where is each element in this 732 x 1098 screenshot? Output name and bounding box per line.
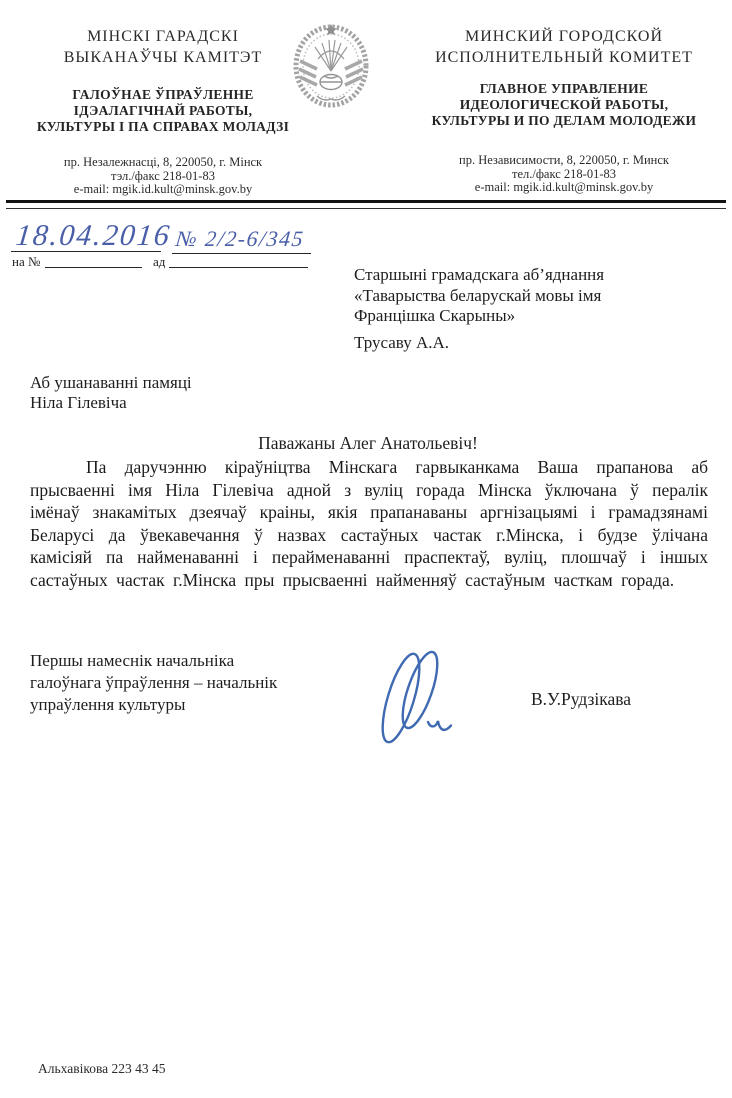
recipient-line: Старшыні грамадскага аб’яднання <box>354 265 694 286</box>
date-blank-line <box>11 251 161 252</box>
phone-line: тэл./факс 218-01-83 <box>22 170 304 184</box>
address-line: пр. Незалежнасці, 8, 220050, г. Мінск <box>22 156 304 170</box>
signer-name: В.У.Рудзікава <box>531 689 631 710</box>
org-name-line: МИНСКИЙ ГОРОДСКОЙ <box>404 26 724 47</box>
executor-contact: Альхавікова 223 43 45 <box>38 1061 166 1077</box>
org-name-line: ИСПОЛНИТЕЛЬНЫЙ КОМИТЕТ <box>404 47 724 68</box>
reply-date-label: ад <box>153 254 165 270</box>
body-paragraph: Па даручэнню кіраўніцтва Мінскага гарвык… <box>30 456 708 591</box>
handwritten-signature <box>368 636 468 751</box>
email-line: e-mail: mgik.id.kult@minsk.gov.by <box>404 181 724 195</box>
email-line: e-mail: mgik.id.kult@minsk.gov.by <box>22 183 304 197</box>
signer-title-block: Першы намеснік начальніка галоўнага ўпра… <box>30 650 277 716</box>
handwritten-date: 18.04.2016 <box>14 219 173 253</box>
number-blank-line <box>172 253 311 254</box>
department-line: ГЛАВНОЕ УПРАВЛЕНИЕ <box>404 81 724 97</box>
department-line: ГАЛОЎНАЕ ЎПРАЎЛЕННЕ <box>22 87 304 103</box>
address-line: пр. Независимости, 8, 220050, г. Минск <box>404 154 724 168</box>
recipient-block: Старшыні грамадскага аб’яднання «Таварыс… <box>354 265 694 353</box>
state-emblem-icon <box>291 19 371 109</box>
letterhead-right: МИНСКИЙ ГОРОДСКОЙ ИСПОЛНИТЕЛЬНЫЙ КОМИТЕТ… <box>404 26 724 195</box>
subject-block: Аб ушанаванні памяці Ніла Гілевіча <box>30 373 192 413</box>
reply-number-blank-line <box>45 267 142 268</box>
recipient-line: Францішка Скарыны» <box>354 306 694 327</box>
letterhead-divider <box>6 200 726 209</box>
handwritten-outgoing-number: № 2/2-6/345 <box>175 226 306 252</box>
subject-line: Аб ушанаванні памяці <box>30 373 192 393</box>
department-line: КУЛЬТУРЫ І ПА СПРАВАХ МОЛАДЗІ <box>22 119 304 135</box>
signer-title-line: Першы намеснік начальніка <box>30 650 277 672</box>
signer-title-line: упраўлення культуры <box>30 694 277 716</box>
org-name-line: МІНСКІ ГАРАДСКІ <box>22 26 304 47</box>
department-line: КУЛЬТУРЫ И ПО ДЕЛАМ МОЛОДЕЖИ <box>404 113 724 129</box>
reply-date-blank-line <box>169 267 308 268</box>
signer-title-line: галоўнага ўпраўлення – начальнік <box>30 672 277 694</box>
department-line: ИДЕОЛОГИЧЕСКОЙ РАБОТЫ, <box>404 97 724 113</box>
reply-to-number-label: на № <box>12 254 40 270</box>
department-line: ІДЭАЛАГІЧНАЙ РАБОТЫ, <box>22 103 304 119</box>
recipient-line: «Таварыства беларускай мовы імя <box>354 286 694 307</box>
salutation: Паважаны Алег Анатольевіч! <box>30 433 706 454</box>
letterhead-left: МІНСКІ ГАРАДСКІ ВЫКАНАЎЧЫ КАМІТЭТ ГАЛОЎН… <box>22 26 304 197</box>
org-name-line: ВЫКАНАЎЧЫ КАМІТЭТ <box>22 47 304 68</box>
phone-line: тел./факс 218-01-83 <box>404 168 724 182</box>
recipient-name: Трусаву А.А. <box>354 333 694 354</box>
subject-line: Ніла Гілевіча <box>30 393 192 413</box>
